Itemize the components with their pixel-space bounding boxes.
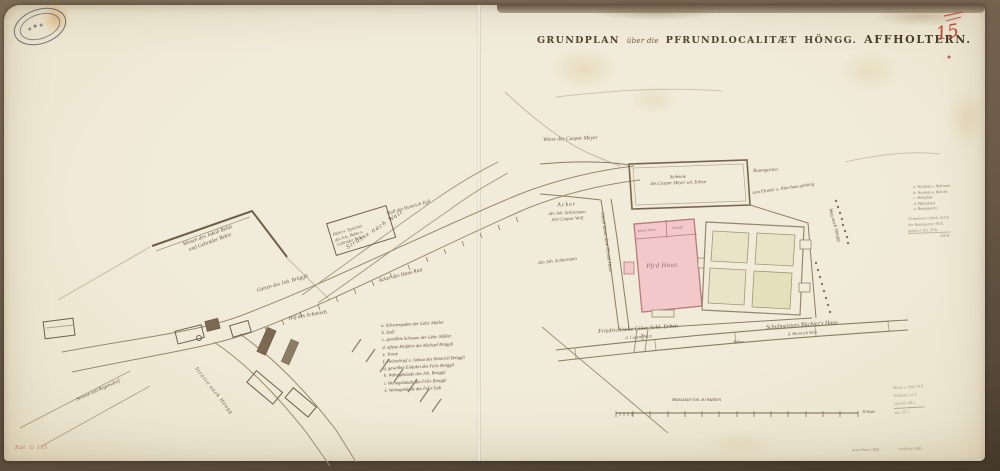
- label-acker-schuermann: Acker des Joh. Schürmann jetzt Caspar Wo…: [548, 201, 586, 223]
- scanned-plan: GRUNDPLAN über die PFRUNDLOCALITÆT HÖNGG…: [0, 0, 1000, 471]
- label-schopf: Schopf: [672, 225, 683, 231]
- pencil-note-line: zus. 85.1: [894, 406, 925, 417]
- legend-main: a. Scheuergaden der Gebr. Müller b. Stal…: [381, 318, 467, 394]
- diagonal-boundary: [542, 327, 668, 433]
- archive-mark: Kat. G 193: [15, 445, 48, 451]
- label-baumgarten: Baumgarten: [753, 168, 778, 176]
- garden-plot: [702, 222, 811, 315]
- title-word-pfrundlocalitaet: PFRUNDLOCALITÆT: [666, 35, 797, 46]
- scale-bar: [616, 411, 858, 417]
- label-scheune: Scheune des Caspar Meyer sel. Erben: [650, 174, 706, 188]
- verified-note: verificirt 1841.: [898, 446, 923, 451]
- label-acker-small: Acker: [733, 339, 744, 345]
- scale-label: Massstab von 30 Ruthen: [672, 398, 721, 405]
- title-word-grundplan: GRUNDPLAN: [537, 35, 620, 46]
- label-pfrund-haus: Pfrd Haus.: [646, 261, 680, 271]
- drawn-note: gezeichnet 1840.: [852, 447, 880, 452]
- regensdorf-road-edge: [20, 371, 130, 428]
- title-word-hoengg: HÖNGG.: [804, 35, 857, 46]
- pencil-notes: Haus u. Hof 24.6 Scheune 12.3 Garten 48.…: [893, 382, 925, 417]
- plan-title: GRUNDPLAN über die PFRUNDLOCALITÆT HÖNGG…: [537, 33, 972, 46]
- folio-number: 15: [934, 20, 960, 45]
- title-word-ueber-die: über die: [627, 37, 659, 45]
- scale-end-label: 30 Ruth.: [862, 409, 876, 414]
- legend-right-sums: Gemessener Inhalt 134 R. der Baumgarten …: [908, 215, 950, 241]
- map-linework: [0, 0, 1000, 471]
- legend-right: a. Vorplatz u. Hofraum b. Vorplatz u. Bl…: [913, 183, 951, 212]
- hoengg-road-edge: [240, 334, 356, 462]
